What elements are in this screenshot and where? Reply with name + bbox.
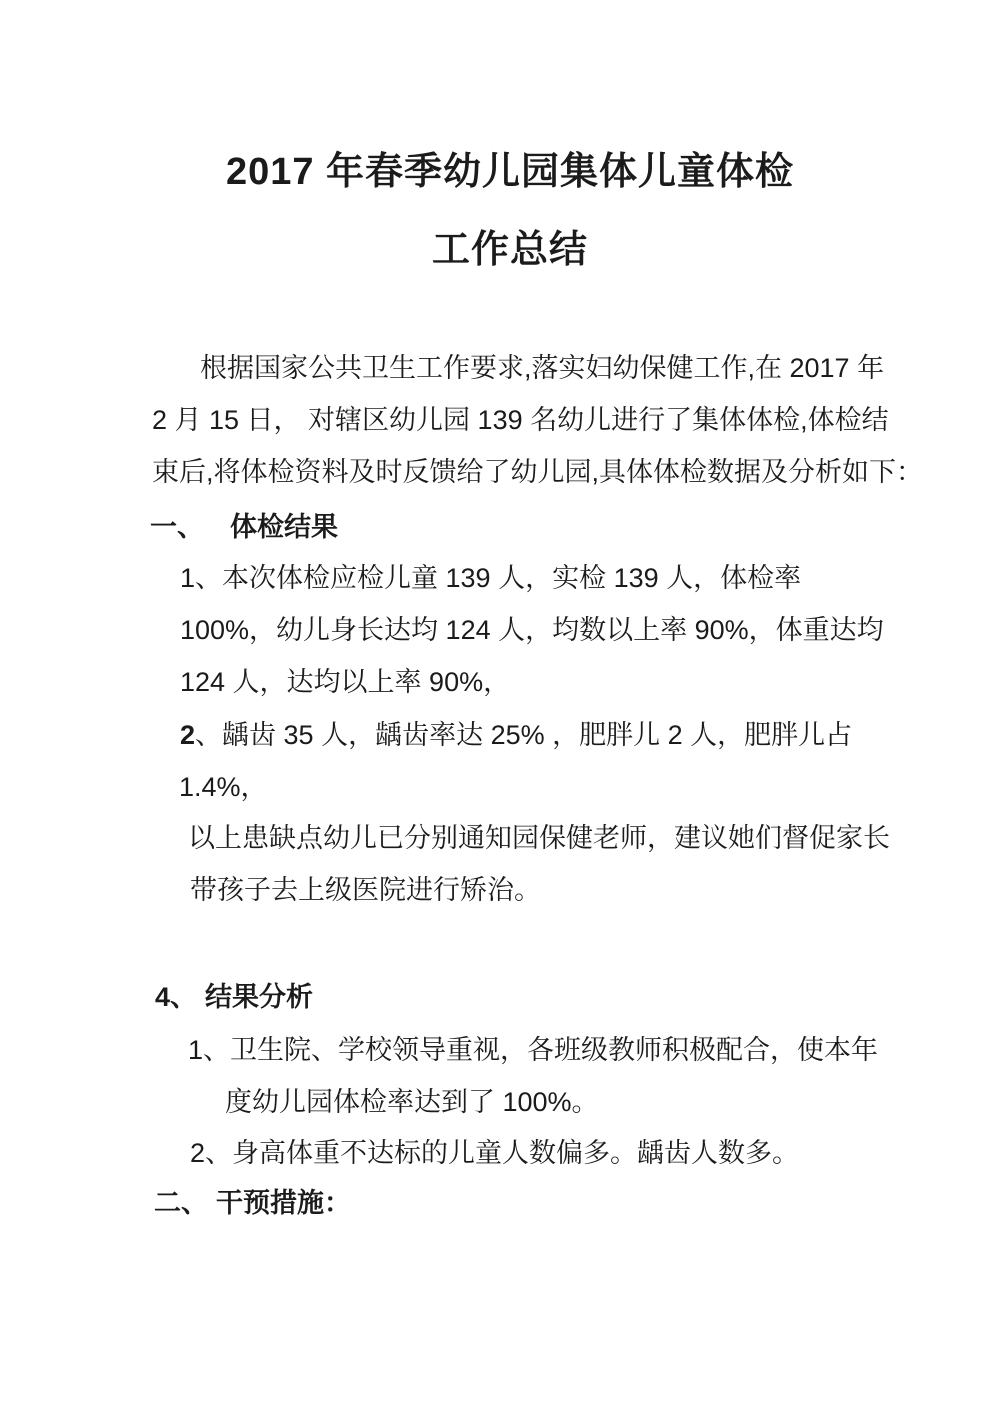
analysis-item-1-line-1: 1、卫生院、学校领导重视，各班级教师积极配合，使本年 bbox=[188, 1024, 878, 1076]
section-analysis-heading: 4、结果分析 bbox=[155, 971, 313, 1023]
intro-line-3: 束后,将体检资料及时反馈给了幼儿园,具体体检数据及分析如下： bbox=[152, 446, 923, 498]
document-page: 2017 年春季幼儿园集体儿童体检 工作总结 根据国家公共卫生工作要求,落实妇幼… bbox=[0, 0, 1000, 1415]
results-note-line-1: 以上患缺点幼儿已分别通知园保健老师，建议她们督促家长 bbox=[188, 812, 890, 864]
document-title-line-1: 2017 年春季幼儿园集体儿童体检 bbox=[160, 142, 860, 202]
section-analysis-heading-marker: 4、 bbox=[155, 971, 197, 1023]
section-measures-heading-marker: 二、 bbox=[154, 1177, 208, 1229]
results-item-1-line-1: 1、本次体检应检儿童 139 人，实检 139 人，体检率 bbox=[180, 552, 801, 604]
section-results-heading-text: 体检结果 bbox=[230, 512, 338, 542]
results-item-1-line-2: 100%，幼儿身长达均 124 人，均数以上率 90%，体重达均 bbox=[180, 604, 884, 656]
results-item-2-line-1: 2、龋齿 35 人，龋齿率达 25% ，肥胖儿 2 人，肥胖儿占 bbox=[180, 709, 852, 761]
results-item-1-line-3: 124 人，达均以上率 90%， bbox=[180, 656, 510, 708]
document-title-line-2: 工作总结 bbox=[160, 220, 860, 280]
analysis-item-1-line-2: 度幼儿园体检率达到了 100%。 bbox=[225, 1076, 599, 1128]
section-measures-heading: 二、干预措施： bbox=[154, 1177, 351, 1229]
results-note-line-2: 带孩子去上级医院进行矫治。 bbox=[190, 864, 541, 916]
section-measures-heading-text: 干预措施： bbox=[216, 1188, 351, 1218]
section-analysis-heading-text: 结果分析 bbox=[205, 982, 313, 1012]
intro-line-1: 根据国家公共卫生工作要求,落实妇幼保健工作,在 2017 年 bbox=[200, 342, 884, 394]
results-item-2-line-1-text: 、龋齿 35 人，龋齿率达 25% ，肥胖儿 2 人，肥胖儿占 bbox=[195, 720, 852, 750]
results-item-2-marker: 2 bbox=[180, 720, 195, 750]
section-results-heading: 一、体检结果 bbox=[150, 501, 338, 553]
section-results-heading-marker: 一、 bbox=[150, 501, 204, 553]
intro-line-2: 2 月 15 日， 对辖区幼儿园 139 名幼儿进行了集体体检,体检结 bbox=[152, 394, 889, 446]
analysis-item-2-line-1: 2、身高体重不达标的儿童人数偏多。龋齿人数多。 bbox=[190, 1127, 799, 1179]
results-item-2-line-2: 1.4%， bbox=[179, 761, 268, 813]
